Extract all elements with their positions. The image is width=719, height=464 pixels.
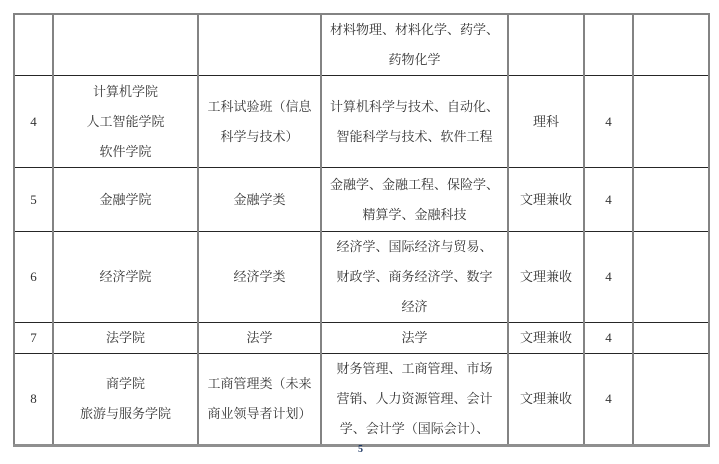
cell-quota: 4 (584, 232, 633, 323)
cell-major-category: 工科试验班（信息 科学与技术） (198, 76, 321, 168)
cell-college: 计算机学院 人工智能学院 软件学院 (53, 76, 198, 168)
table-row: 6经济学院经济学类经济学、国际经济与贸易、 财政学、商务经济学、数字 经济文理兼… (14, 232, 709, 323)
cell-subject-type: 文理兼收 (508, 168, 584, 232)
table-row: 7法学院法学法学文理兼收4 (14, 323, 709, 354)
cell-index: 6 (14, 232, 53, 323)
table-row: 8商学院 旅游与服务学院工商管理类（未来 商业领导者计划）财务管理、工商管理、市… (14, 354, 709, 446)
cell-subject-type: 理科 (508, 76, 584, 168)
cell-subject-type: 文理兼收 (508, 354, 584, 446)
cell-majors: 法学 (321, 323, 508, 354)
admissions-table: 材料物理、材料化学、药学、 药物化学4计算机学院 人工智能学院 软件学院工科试验… (13, 13, 710, 447)
cell-index: 4 (14, 76, 53, 168)
cell-note (633, 354, 709, 446)
cell-college: 经济学院 (53, 232, 198, 323)
cell-index: 5 (14, 168, 53, 232)
cell-subject-type (508, 14, 584, 76)
cell-index: 7 (14, 323, 53, 354)
cell-majors: 材料物理、材料化学、药学、 药物化学 (321, 14, 508, 76)
cell-majors: 计算机科学与技术、自动化、 智能科学与技术、软件工程 (321, 76, 508, 168)
cell-note (633, 232, 709, 323)
cell-quota (584, 14, 633, 76)
admissions-table-body: 材料物理、材料化学、药学、 药物化学4计算机学院 人工智能学院 软件学院工科试验… (14, 14, 709, 446)
cell-majors: 经济学、国际经济与贸易、 财政学、商务经济学、数字 经济 (321, 232, 508, 323)
cell-note (633, 323, 709, 354)
cell-quota: 4 (584, 168, 633, 232)
cell-major-category: 金融学类 (198, 168, 321, 232)
cell-majors: 金融学、金融工程、保险学、 精算学、金融科技 (321, 168, 508, 232)
cell-quota: 4 (584, 354, 633, 446)
cell-major-category (198, 14, 321, 76)
cell-index (14, 14, 53, 76)
table-row: 材料物理、材料化学、药学、 药物化学 (14, 14, 709, 76)
cell-index: 8 (14, 354, 53, 446)
cell-subject-type: 文理兼收 (508, 232, 584, 323)
page-number: 5 (13, 444, 708, 455)
cell-quota: 4 (584, 323, 633, 354)
cell-majors: 财务管理、工商管理、市场 营销、人力资源管理、会计 学、会计学（国际会计）、 (321, 354, 508, 446)
cell-college: 商学院 旅游与服务学院 (53, 354, 198, 446)
table-row: 5金融学院金融学类金融学、金融工程、保险学、 精算学、金融科技文理兼收4 (14, 168, 709, 232)
cell-note (633, 168, 709, 232)
cell-note (633, 14, 709, 76)
cell-quota: 4 (584, 76, 633, 168)
cell-note (633, 76, 709, 168)
cell-major-category: 经济学类 (198, 232, 321, 323)
cell-major-category: 法学 (198, 323, 321, 354)
document-page: 材料物理、材料化学、药学、 药物化学4计算机学院 人工智能学院 软件学院工科试验… (0, 0, 719, 464)
cell-major-category: 工商管理类（未来 商业领导者计划） (198, 354, 321, 446)
cell-college (53, 14, 198, 76)
table-row: 4计算机学院 人工智能学院 软件学院工科试验班（信息 科学与技术）计算机科学与技… (14, 76, 709, 168)
cell-subject-type: 文理兼收 (508, 323, 584, 354)
cell-college: 金融学院 (53, 168, 198, 232)
cell-college: 法学院 (53, 323, 198, 354)
